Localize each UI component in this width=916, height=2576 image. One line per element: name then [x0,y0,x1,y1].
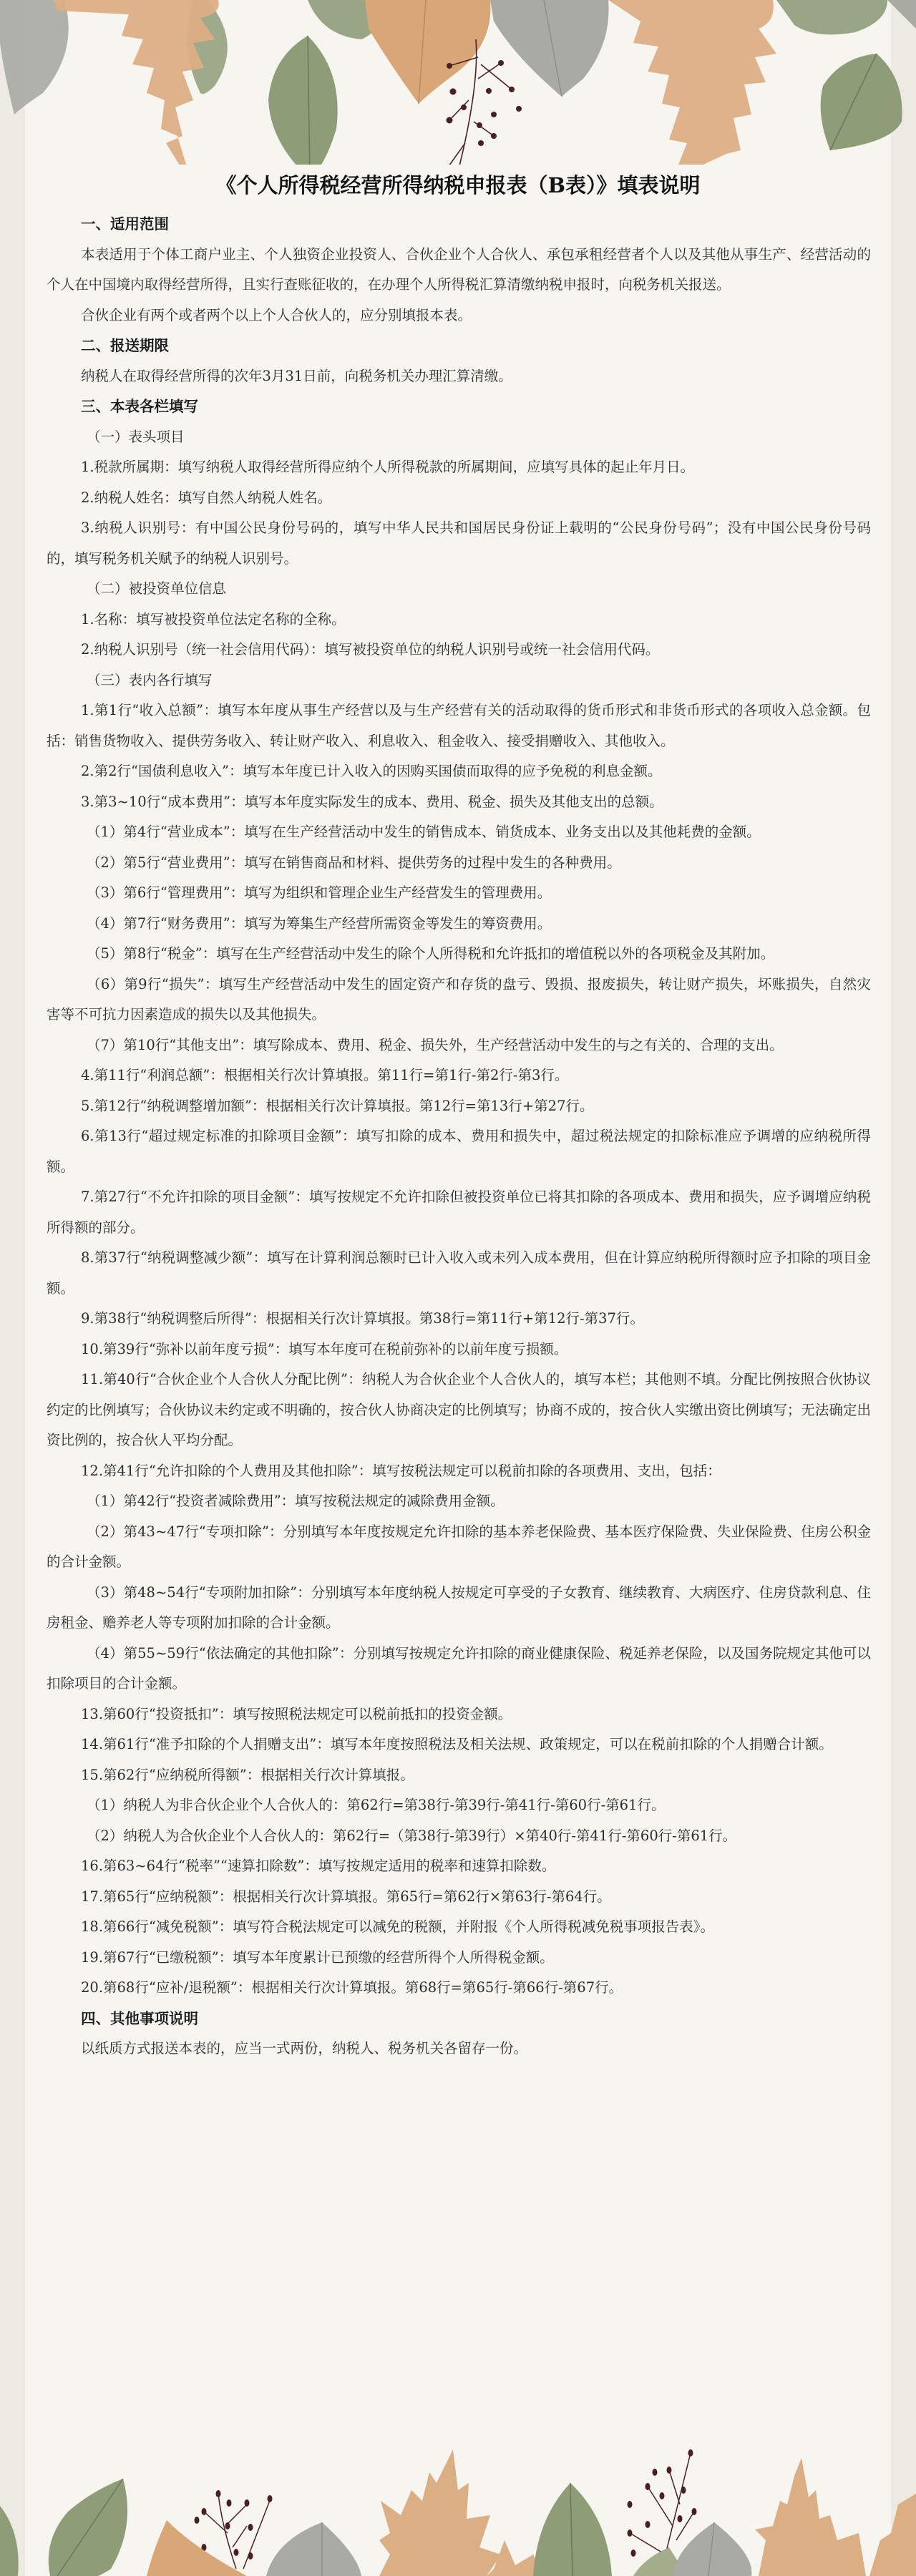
list-item: （1）第42行“投资者减除费用”：填写按税法规定的减除费用金额。 [47,1486,871,1517]
list-item: （2）第43~47行“专项扣除”：分别填写本年度按规定允许扣除的基本养老保险费、… [47,1517,871,1578]
list-item: （1）纳税人为非合伙企业个人合伙人的：第62行=第38行-第39行-第41行-第… [47,1790,871,1821]
list-item: 1.第1行“收入总额”：填写本年度从事生产经营以及与生产经营有关的活动取得的货币… [47,696,871,756]
list-item: 12.第41行“允许扣除的个人费用及其他扣除”：填写按税法规定可以税前扣除的各项… [47,1456,871,1487]
section-heading: 四、其他事项说明 [47,2004,871,2034]
paragraph: 本表适用于个体工商户业主、个人独资企业投资人、合伙企业个人合伙人、承包承租经营者… [47,240,871,301]
paragraph: 纳税人在取得经营所得的次年3月31日前，向税务机关办理汇算清缴。 [47,361,871,392]
list-item: 17.第65行“应纳税额”：根据相关行次计算填报。第65行=第62行×第63行-… [47,1882,871,1913]
list-item: （3）第48~54行“专项附加扣除”：分别填写本年度纳税人按规定可享受的子女教育… [47,1578,871,1639]
subsection-heading: （三）表内各行填写 [47,665,871,696]
document-body: 一、适用范围 本表适用于个体工商户业主、个人独资企业投资人、合伙企业个人合伙人、… [47,209,871,2064]
list-item: 8.第37行“纳税调整减少额”：填写在计算利润总额时已计入收入或未列入成本费用，… [47,1243,871,1304]
list-item: 19.第67行“已缴税额”：填写本年度累计已预缴的经营所得个人所得税金额。 [47,1943,871,1974]
list-item: （4）第7行“财务费用”：填写为筹集生产经营所需资金等发生的筹资费用。 [47,909,871,940]
list-item: （4）第55~59行“依法确定的其他扣除”：分别填写按规定允许扣除的商业健康保险… [47,1639,871,1699]
list-item: 14.第61行“准予扣除的个人捐赠支出”：填写本年度按照税法及相关法规、政策规定… [47,1729,871,1760]
list-item: 2.纳税人姓名：填写自然人纳税人姓名。 [47,483,871,514]
list-item: 9.第38行“纳税调整后所得”：根据相关行次计算填报。第38行=第11行+第12… [47,1304,871,1335]
list-item: （2）第5行“营业费用”：填写在销售商品和材料、提供劳务的过程中发生的各种费用。 [47,848,871,879]
list-item: 3.纳税人识别号：有中国公民身份号码的，填写中华人民共和国居民身份证上载明的“公… [47,513,871,574]
subsection-heading: （二）被投资单位信息 [47,574,871,605]
list-item: 3.第3~10行“成本费用”：填写本年度实际发生的成本、费用、税金、损失及其他支… [47,787,871,818]
paragraph: 合伙企业有两个或者两个以上个人合伙人的，应分别填报本表。 [47,301,871,331]
list-item: （7）第10行“其他支出”：填写除成本、费用、税金、损失外，生产经营活动中发生的… [47,1030,871,1061]
list-item: 1.名称：填写被投资单位法定名称的全称。 [47,605,871,635]
list-item: 11.第40行“合伙企业个人合伙人分配比例”：纳税人为合伙企业个人合伙人的，填写… [47,1365,871,1456]
paragraph: 以纸质方式报送本表的，应当一式两份，纳税人、税务机关各留存一份。 [47,2034,871,2064]
page-title: 《个人所得税经营所得纳税申报表（B表）》填表说明 [0,170,916,201]
list-item: 4.第11行“利润总额”：根据相关行次计算填报。第11行=第1行-第2行-第3行… [47,1060,871,1091]
section-heading: 二、报送期限 [47,331,871,361]
list-item: 6.第13行“超过规定标准的扣除项目金额”：填写扣除的成本、费用和损失中，超过税… [47,1121,871,1182]
list-item: 18.第66行“减免税额”：填写符合税法规定可以减免的税额，并附报《个人所得税减… [47,1912,871,1943]
list-item: 5.第12行“纳税调整增加额”：根据相关行次计算填报。第12行=第13行+第27… [47,1091,871,1122]
list-item: 1.税款所属期：填写纳税人取得经营所得应纳个人所得税款的所属期间，应填写具体的起… [47,452,871,483]
list-item: （1）第4行“营业成本”：填写在生产经营活动中发生的销售成本、销货成本、业务支出… [47,817,871,848]
list-item: （5）第8行“税金”：填写在生产经营活动中发生的除个人所得税和允许抵扣的增值税以… [47,939,871,970]
list-item: （6）第9行“损失”：填写生产经营活动中发生的固定资产和存货的盘亏、毁损、报废损… [47,970,871,1030]
section-heading: 三、本表各栏填写 [47,391,871,422]
subsection-heading: （一）表头项目 [47,422,871,453]
list-item: （3）第6行“管理费用”：填写为组织和管理企业生产经营发生的管理费用。 [47,878,871,909]
list-item: 16.第63~64行“税率”“速算扣除数”：填写按规定适用的税率和速算扣除数。 [47,1851,871,1882]
list-item: （2）纳税人为合伙企业个人合伙人的：第62行=（第38行-第39行）×第40行-… [47,1821,871,1852]
list-item: 13.第60行“投资抵扣”：填写按照税法规定可以税前抵扣的投资金额。 [47,1699,871,1730]
list-item: 20.第68行“应补/退税额”：根据相关行次计算填报。第68行=第65行-第66… [47,1973,871,2004]
list-item: 7.第27行“不允许扣除的项目金额”：填写按规定不允许扣除但被投资单位已将其扣除… [47,1182,871,1243]
list-item: 2.纳税人识别号（统一社会信用代码）：填写被投资单位的纳税人识别号或统一社会信用… [47,635,871,665]
section-heading: 一、适用范围 [47,209,871,240]
list-item: 2.第2行“国债利息收入”：填写本年度已计入收入的因购买国债而取得的应予免税的利… [47,756,871,787]
list-item: 15.第62行“应纳税所得额”：根据相关行次计算填报。 [47,1760,871,1791]
list-item: 10.第39行“弥补以前年度亏损”：填写本年度可在税前弥补的以前年度亏损额。 [47,1335,871,1365]
